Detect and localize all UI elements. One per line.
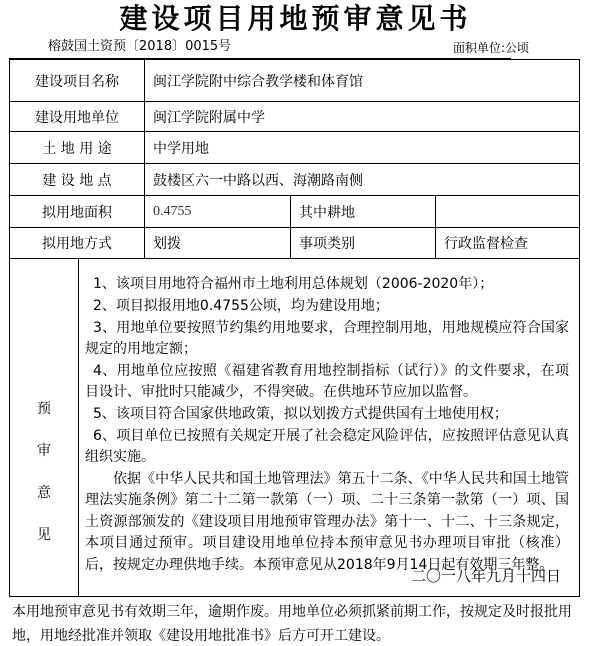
supply-method-value: 划拨 [145, 228, 291, 259]
opinion-label-char: 见 [10, 514, 78, 556]
label-spacer [10, 300, 78, 388]
location-value: 鼓楼区六一中路以西、海潮路南侧 [145, 164, 580, 196]
opinion-inner-table: 预 审 意 见 1、该项目用地符合福州市土地利用总体规划（2006-2020年）… [10, 259, 579, 596]
project-name-label: 建设项目名称 [10, 60, 145, 102]
farmland-value [436, 196, 580, 228]
document-number: 榕鼓国土资预〔2018〕0015号 [48, 38, 231, 56]
opinion-label-char: 意 [10, 472, 78, 514]
opinion-item-6: 6、项目单位已按照有关规定开展了社会稳定风险评估，应按照评估意见认真组织实施。 [85, 426, 569, 469]
row-area: 拟用地面积 0.4755 其中耕地 [10, 196, 580, 228]
document-title: 建设项目用地预审意见书 [0, 0, 591, 38]
area-value: 0.4755 [145, 196, 291, 228]
opinion-date: 二〇一八年九月十四日 [411, 566, 561, 588]
opinion-label-char: 审 [10, 430, 78, 472]
land-use-value: 中学用地 [145, 132, 580, 164]
location-label: 建 设 地 点 [10, 164, 145, 196]
footer-note: 本用地预审意见书有效期三年，逾期作废。用地单位必须抓紧前期工作，按规定及时报批用… [12, 600, 582, 646]
approval-table: 建设项目名称 闽江学院附中综合教学楼和体育馆 建设用地单位 闽江学院附属中学 土… [9, 59, 580, 597]
row-location: 建 设 地 点 鼓楼区六一中路以西、海潮路南侧 [10, 164, 580, 196]
area-unit-note: 面积单位:公顷 [453, 40, 529, 56]
opinion-item-1: 1、该项目用地符合福州市土地利用总体规划（2006-2020年）； [85, 274, 569, 296]
farmland-label: 其中耕地 [291, 196, 436, 228]
opinion-item-2: 2、项目拟报用地0.4755公顷，均为建设用地； [85, 296, 569, 318]
opinion-label: 预 审 意 见 [10, 259, 79, 596]
opinion-label-char: 预 [10, 388, 78, 430]
land-use-label: 土 地 用 途 [10, 132, 145, 164]
opinion-item-4: 4、用地单位应按照《福建省教育用地控制指标（试行）》的文件要求，在项目设计、审批… [85, 361, 569, 404]
opinion-item-5: 5、该项目符合国家供地政策，拟以划拨方式提供国有土地使用权； [85, 404, 569, 426]
land-user-label: 建设用地单位 [10, 102, 145, 132]
supply-method-label: 拟用地方式 [10, 228, 145, 259]
row-land-use: 土 地 用 途 中学用地 [10, 132, 580, 164]
row-land-user: 建设用地单位 闽江学院附属中学 [10, 102, 580, 132]
opinion-section: 预 审 意 见 1、该项目用地符合福州市土地利用总体规划（2006-2020年）… [10, 259, 580, 597]
row-project-name: 建设项目名称 闽江学院附中综合教学楼和体育馆 [10, 60, 580, 102]
row-opinion: 预 审 意 见 1、该项目用地符合福州市土地利用总体规划（2006-2020年）… [10, 259, 580, 597]
opinion-basis: 依据《中华人民共和国土地管理法》第五十二条、《中华人民共和国土地管理法实施条例》… [85, 469, 569, 577]
opinion-body: 1、该项目用地符合福州市土地利用总体规划（2006-2020年）； 2、项目拟报… [79, 259, 580, 596]
matter-category-value: 行政监督检查 [436, 228, 580, 259]
project-name-value: 闽江学院附中综合教学楼和体育馆 [145, 60, 580, 102]
row-supply-method: 拟用地方式 划拨 事项类别 行政监督检查 [10, 228, 580, 259]
opinion-item-3: 3、用地单位要按照节约集约用地要求，合理控制用地，用地规模应符合国家规定的用地定… [85, 318, 569, 361]
land-user-value: 闽江学院附属中学 [145, 102, 580, 132]
matter-category-label: 事项类别 [291, 228, 436, 259]
area-label: 拟用地面积 [10, 196, 145, 228]
